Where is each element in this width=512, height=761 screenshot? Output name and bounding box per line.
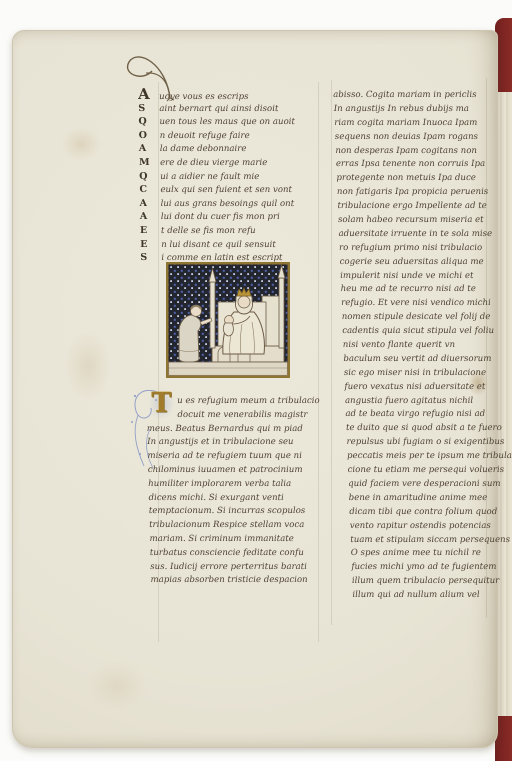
verse-line: Qui a aidier ne fault mie xyxy=(139,170,296,184)
text-line: impulerit nisi unde ve michi et xyxy=(340,270,505,284)
text-line: peccatis meis per te ipsum me tribula xyxy=(347,450,512,464)
prose-line: miseria ad te refugiem tuum que ni xyxy=(147,450,321,464)
verse-capital: C xyxy=(139,183,160,197)
text-line: sic ego miser nisi in tribulacione xyxy=(344,367,509,381)
prose-line: dicens michi. Si exurgant venti xyxy=(148,492,322,506)
verse-line: Alui aus grans besoings quil ont xyxy=(140,197,297,211)
verse-capital: M xyxy=(139,156,160,170)
text-line: baculum seu vertit ad diuersorum xyxy=(343,353,508,367)
christ-child xyxy=(223,316,233,337)
verse-text: aint bernart qui ainsi disoit xyxy=(159,104,278,114)
text-line: illum quem tribulacio persequitur xyxy=(352,575,512,589)
text-line: ad te beata virgo refugio nisi ad xyxy=(345,408,510,422)
text-line: In angustijs In rebus dubijs ma xyxy=(334,103,499,117)
verse-text: n deuoit refuge faire xyxy=(160,131,250,141)
verse-text: la dame debonnaire xyxy=(160,144,247,154)
text-line: O spes anime mee tu nichil re xyxy=(351,547,512,561)
verse-capital: S xyxy=(138,102,159,116)
verse-text: lui dont du cuer fis mon pri xyxy=(161,212,280,222)
pinnacle-right xyxy=(278,265,285,348)
verse-capital: A xyxy=(140,197,161,211)
verse-column: Auoye vous es escrips Saint bernart qui … xyxy=(138,88,297,265)
text-line: aduersitate irruente in te sola mise xyxy=(338,228,503,242)
parchment-stain xyxy=(87,661,147,711)
prose-line: tribulacionum Respice stellam voca xyxy=(149,519,323,533)
text-line: te duito que si quod absit a te fuero xyxy=(346,422,511,436)
verse-capital: Q xyxy=(139,170,160,184)
verse-line: En lui disant ce quil sensuit xyxy=(140,238,297,252)
verse-capital: A xyxy=(139,142,160,156)
verse-capital: E xyxy=(140,224,161,238)
verse-capital: A xyxy=(140,210,161,224)
prose-line: temptacionum. Si incurras scopulos xyxy=(149,505,323,519)
text-line: refugio. Et vere nisi vendico michi xyxy=(341,297,506,311)
text-line: quid faciem vere desperacioni sum xyxy=(348,478,512,492)
prose-line: u es refugium meum a tribulacio xyxy=(146,395,320,409)
verse-line: Ceulx qui sen fuient et sen vont xyxy=(139,183,296,197)
miniature xyxy=(166,262,290,378)
text-line: vento rapitur ostendis potencias xyxy=(350,520,512,534)
text-line: fucies michi ymo ad te fugientem xyxy=(351,561,512,575)
floor xyxy=(168,362,288,376)
text-line: repulsus ubi fugiam o si exigentibus xyxy=(346,436,511,450)
verse-line: Alui dont du cuer fis mon pri xyxy=(140,210,297,224)
prose-line: chilominus iuuamen et patrocinium xyxy=(148,464,322,478)
verse-text: n lui disant ce quil sensuit xyxy=(161,240,276,250)
text-line: illum qui ad nullum alium vel xyxy=(352,589,512,603)
parchment-stain xyxy=(61,127,101,161)
prose-line: In angustijs et in tribulacione seu xyxy=(147,436,321,450)
right-text-column: abisso. Cogita mariam in periclisIn angu… xyxy=(333,89,512,603)
verse-capital: E xyxy=(140,238,161,252)
prose-line: sus. Iudicij errore perterritus barati xyxy=(150,561,324,575)
text-line: abisso. Cogita mariam in periclis xyxy=(333,89,498,103)
text-line: cogerie seu aduersitas aliqua me xyxy=(339,256,504,270)
text-line: heu me ad te recurro nisi ad te xyxy=(340,283,505,297)
manuscript-photo: Auoye vous es escrips Saint bernart qui … xyxy=(0,0,512,761)
verse-line: Auoye vous es escrips xyxy=(138,88,295,102)
verse-line: Saint bernart qui ainsi disoit xyxy=(138,102,295,116)
verse-text: uen tous les maus que on auoit xyxy=(159,117,295,127)
prose-line: humiliter implorarem verba talia xyxy=(148,478,322,492)
text-line: sequens non deuias Ipam rogans xyxy=(335,131,500,145)
prose-line: docuit me venerabilis magistr xyxy=(146,409,320,423)
prose-line: mapias absorben tristicie despacion xyxy=(150,574,324,588)
verse-capital: A xyxy=(138,88,159,102)
verse-line: On deuoit refuge faire xyxy=(139,129,296,143)
verse-line: Mere de dieu vierge marie xyxy=(139,156,296,170)
pinnacle-left xyxy=(209,268,216,348)
text-line: angustia fuero agitatus nichil xyxy=(345,395,510,409)
text-line: tuam et stipulam siccam persequens xyxy=(350,534,512,548)
verse-line: Quen tous les maus que on auoit xyxy=(138,115,295,129)
text-line: fuero vexatus nisi aduersitate et xyxy=(344,381,509,395)
verse-capital: O xyxy=(139,129,160,143)
crown xyxy=(237,288,251,296)
text-line: riam cogita mariam Inuoca Ipam xyxy=(334,117,499,131)
prose-line: meus. Beatus Bernardus qui m piad xyxy=(147,423,321,437)
text-line: non desperas Ipam cogitans non xyxy=(335,145,500,159)
text-line: nomen stipule desicate vel folij de xyxy=(342,311,507,325)
text-line: dicam tibi que contra folium quod xyxy=(349,506,512,520)
text-line: protegente non metuis Ipa duce xyxy=(336,172,501,186)
prose-line: turbatus consciencie feditate confu xyxy=(150,547,324,561)
verse-text: ere de dieu vierge marie xyxy=(160,158,267,168)
prose-column: u es refugium meum a tribulaciodocuit me… xyxy=(146,395,324,588)
verse-capital: S xyxy=(140,251,161,265)
prose-line: mariam. Si criminum immanitate xyxy=(149,533,323,547)
text-line: solam habeo recursum miseria et xyxy=(338,214,503,228)
text-line: nisi vento flante querit vn xyxy=(343,339,508,353)
parchment-stain xyxy=(65,331,111,401)
verse-capital: Q xyxy=(138,115,159,129)
ruling-line xyxy=(331,80,332,625)
text-line: tribulacione ergo Impellente ad te xyxy=(337,200,502,214)
verse-text: lui aus grans besoings quil ont xyxy=(161,199,295,209)
verse-line: Ala dame debonnaire xyxy=(139,142,296,156)
verse-text: eulx qui sen fuient et sen vont xyxy=(160,185,292,195)
text-line: cione tu etiam me persequi volueris xyxy=(347,464,512,478)
text-line: erras Ipsa tenente non corruis Ipa xyxy=(336,158,501,172)
text-line: bene in amaritudine anime mee xyxy=(348,492,512,506)
text-line: cadentis quia sicut stipula vel foliu xyxy=(342,325,507,339)
verse-line: Et delle se fis mon refu xyxy=(140,224,297,238)
verse-text: ui a aidier ne fault mie xyxy=(160,172,259,182)
verse-text: t delle se fis mon refu xyxy=(161,226,256,236)
text-line: ro refugium primo nisi tribulacio xyxy=(339,242,504,256)
text-line: non fatigaris Ipa propicia peruenis xyxy=(337,186,502,200)
verse-text: uoye vous es escrips xyxy=(159,92,249,102)
